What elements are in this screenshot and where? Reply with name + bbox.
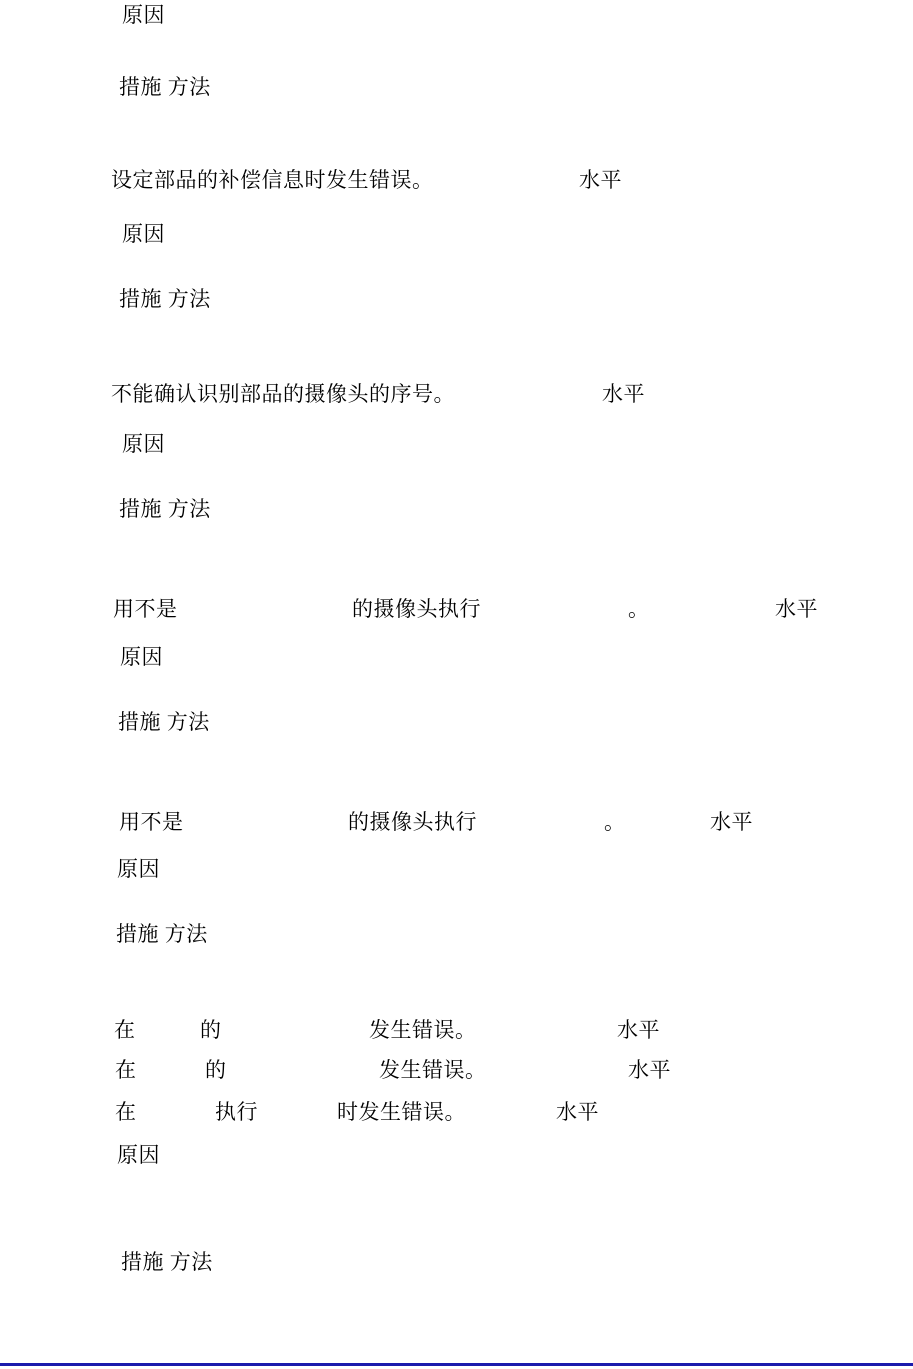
error-text-segment: 发生错误。 (379, 1057, 487, 1083)
error-text-segment: 用不是 (113, 596, 178, 622)
error-text-segment: 。 (604, 809, 626, 835)
level-label: 水平 (628, 1057, 671, 1083)
error-text-segment: 在 (115, 1099, 137, 1125)
level-label: 水平 (556, 1099, 599, 1125)
error-message-row: 不能确认识别部品的摄像头的序号。 水平 (0, 381, 913, 407)
error-text-segment: 时发生错误。 (337, 1099, 466, 1125)
error-message-row: 用不是 的摄像头执行 。 水平 (0, 809, 913, 835)
cause-label-row: 原因 (0, 644, 913, 670)
measures-label-row: 措施 方法 (0, 921, 913, 947)
cause-label: 原因 (117, 856, 160, 882)
measures-label-row: 措施 方法 (0, 709, 913, 735)
measures-label: 措施 方法 (118, 709, 210, 735)
page-bottom-rule (0, 1363, 913, 1366)
error-message-row: 设定部品的补偿信息时发生错误。 水平 (0, 167, 913, 193)
error-text-segment: 的摄像头执行 (348, 809, 477, 835)
cause-label: 原因 (120, 644, 163, 670)
error-text-segment: 在 (115, 1057, 137, 1083)
error-message-row: 在 执行 时发生错误。 水平 (0, 1099, 913, 1125)
error-text-segment: 的摄像头执行 (352, 596, 481, 622)
error-text-segment: 执行 (215, 1099, 258, 1125)
document-page: 原因 措施 方法 设定部品的补偿信息时发生错误。 水平 原因 措施 方法 不能确… (0, 0, 913, 1369)
measures-label-row: 措施 方法 (0, 74, 913, 100)
cause-label-row: 原因 (0, 2, 913, 28)
error-message-row: 用不是 的摄像头执行 。 水平 (0, 596, 913, 622)
error-text-segment: 的 (200, 1017, 222, 1043)
cause-label-row: 原因 (0, 856, 913, 882)
measures-label-row: 措施 方法 (0, 496, 913, 522)
cause-label-row: 原因 (0, 1142, 913, 1168)
level-label: 水平 (579, 167, 622, 193)
error-text-segment: 用不是 (119, 809, 184, 835)
measures-label: 措施 方法 (119, 286, 211, 312)
error-text-segment: 发生错误。 (369, 1017, 477, 1043)
error-text-segment: 。 (628, 596, 650, 622)
cause-label: 原因 (122, 221, 165, 247)
measures-label: 措施 方法 (119, 74, 211, 100)
error-message-row: 在 的 发生错误。 水平 (0, 1057, 913, 1083)
level-label: 水平 (617, 1017, 660, 1043)
measures-label: 措施 方法 (121, 1249, 213, 1275)
error-text-segment: 的 (205, 1057, 227, 1083)
cause-label-row: 原因 (0, 221, 913, 247)
error-text-segment: 设定部品的补偿信息时发生错误。 (111, 167, 434, 193)
cause-label-row: 原因 (0, 431, 913, 457)
cause-label: 原因 (122, 431, 165, 457)
error-message-row: 在 的 发生错误。 水平 (0, 1017, 913, 1043)
level-label: 水平 (602, 381, 645, 407)
measures-label-row: 措施 方法 (0, 1249, 913, 1275)
level-label: 水平 (710, 809, 753, 835)
measures-label-row: 措施 方法 (0, 286, 913, 312)
measures-label: 措施 方法 (119, 496, 211, 522)
error-text-segment: 不能确认识别部品的摄像头的序号。 (111, 381, 455, 407)
error-text-segment: 在 (114, 1017, 136, 1043)
level-label: 水平 (775, 596, 818, 622)
cause-label: 原因 (122, 2, 165, 28)
cause-label: 原因 (117, 1142, 160, 1168)
measures-label: 措施 方法 (116, 921, 208, 947)
